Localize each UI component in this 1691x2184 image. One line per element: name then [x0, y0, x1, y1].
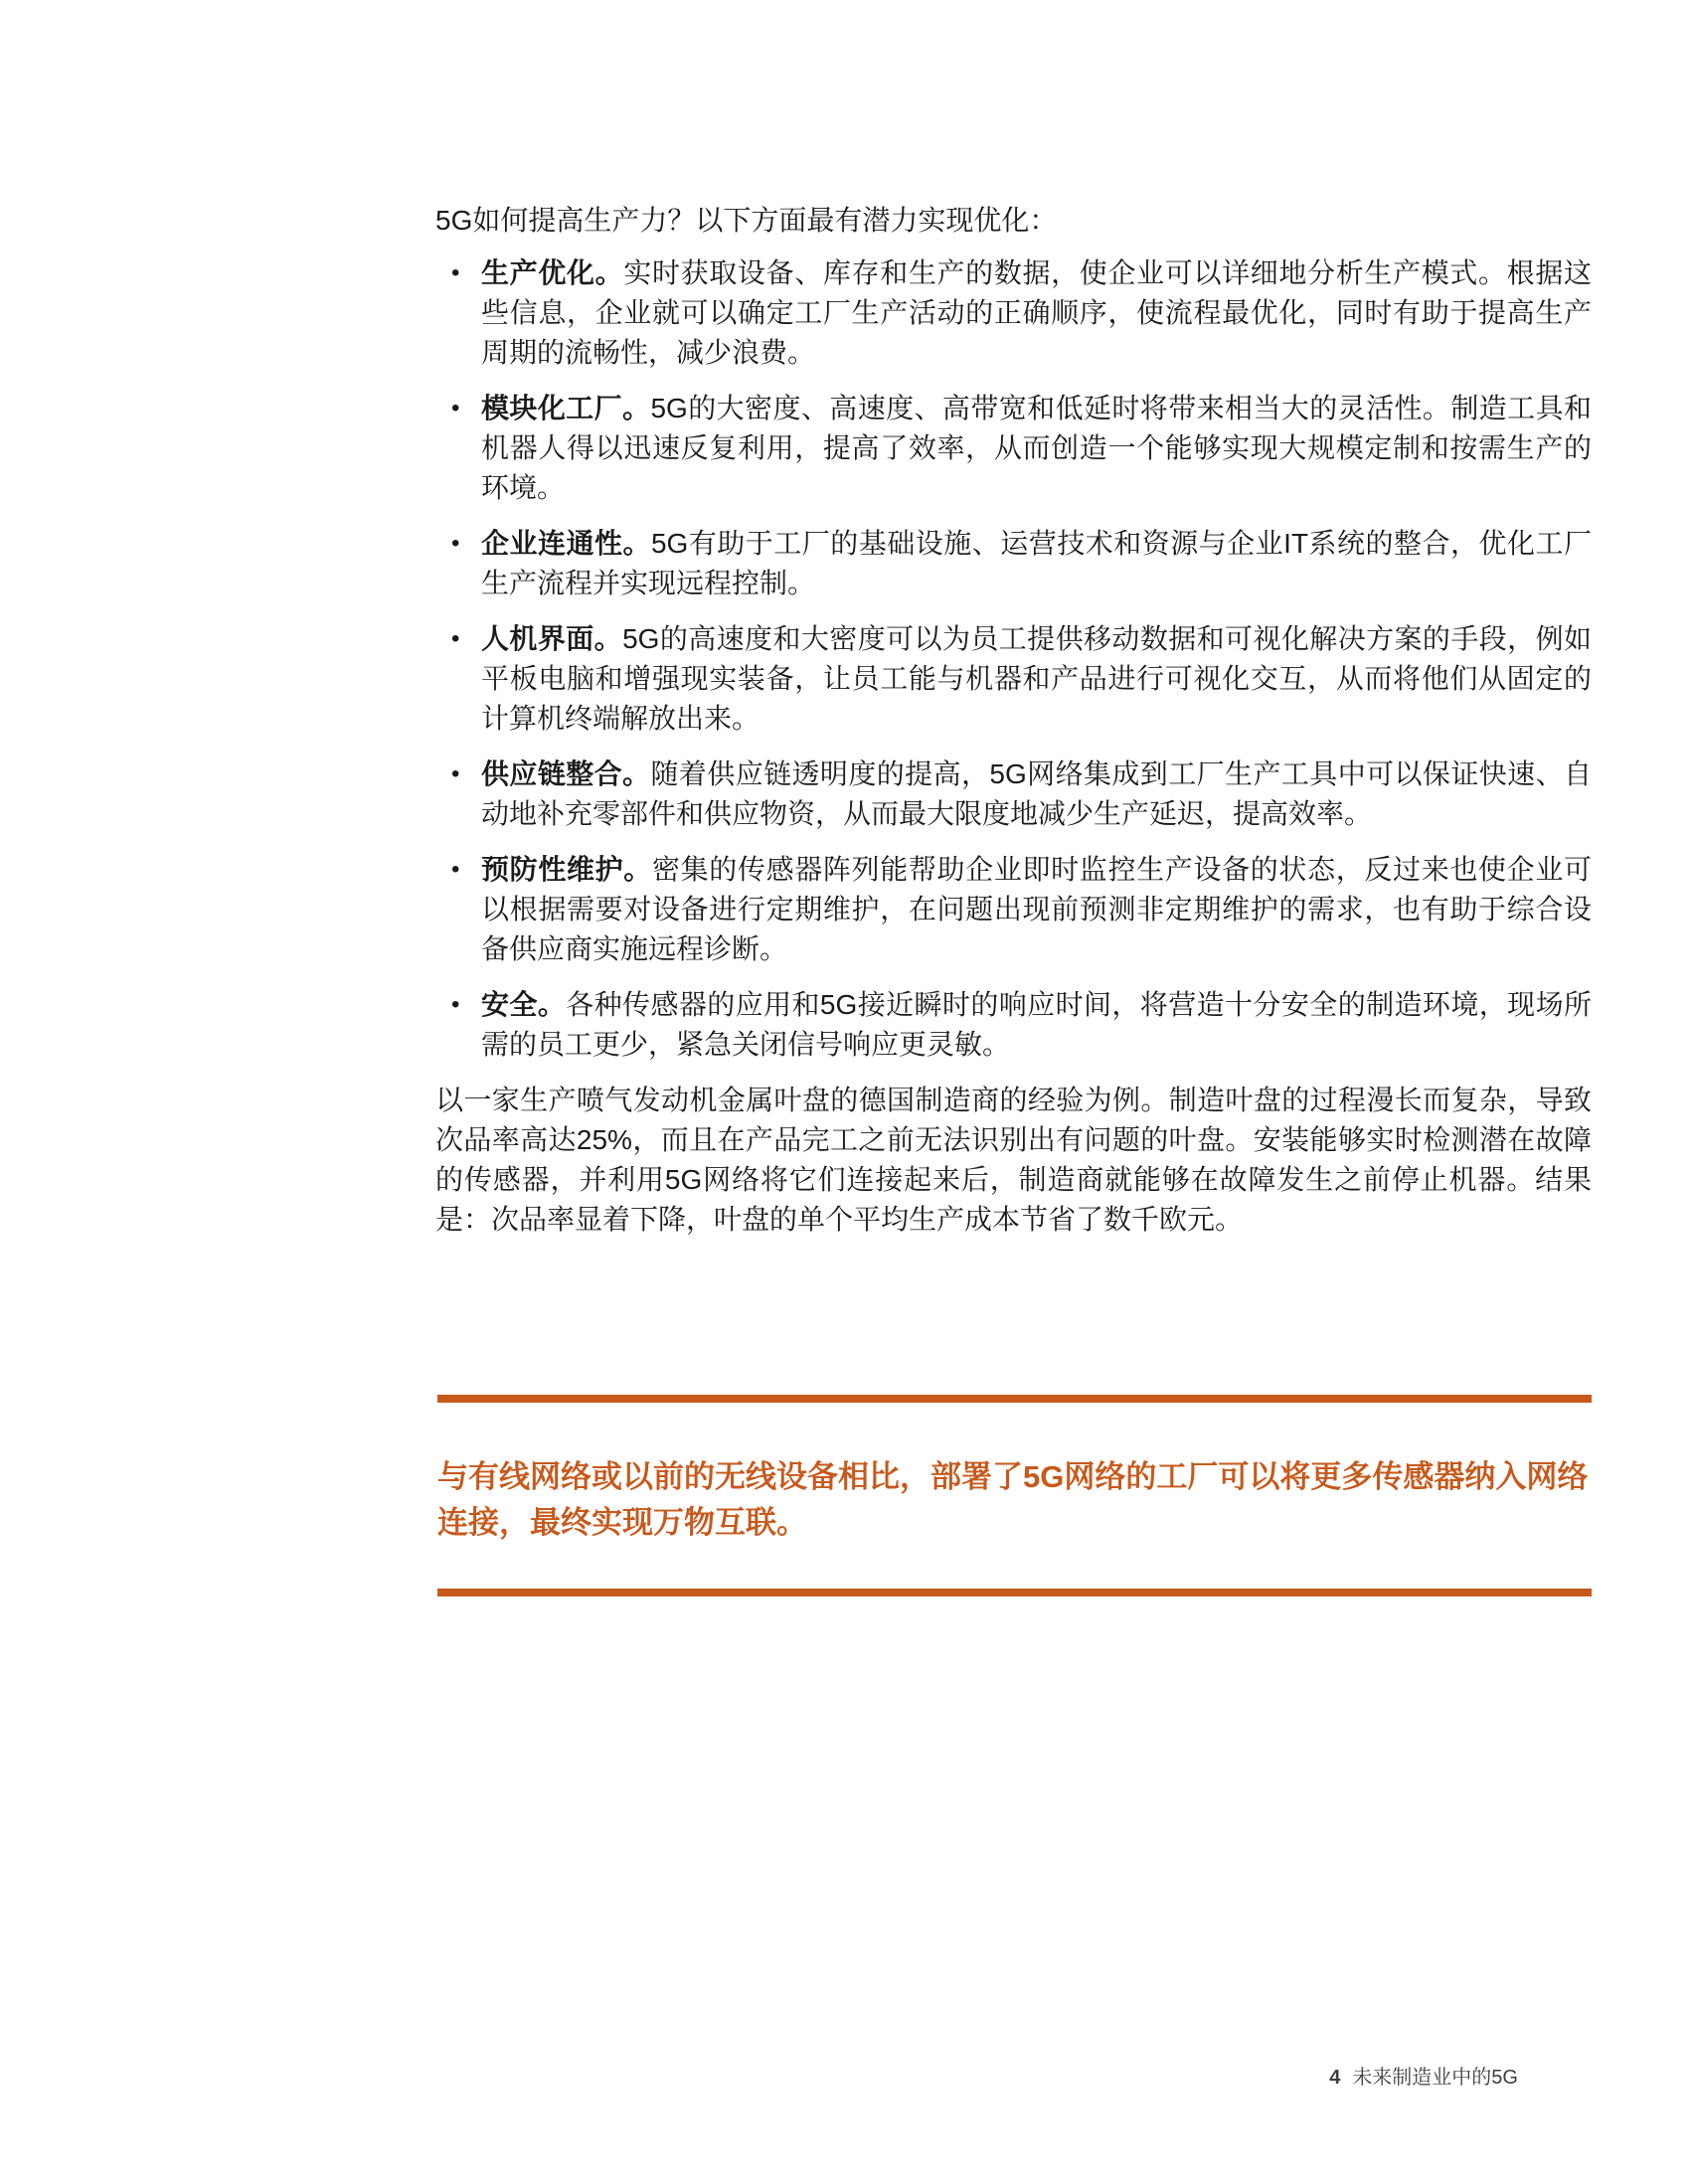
document-page: 5G如何提高生产力？以下方面最有潜力实现优化： • 生产优化。实时获取设备、库存… — [0, 0, 1691, 2184]
bullet-body: 各种传感器的应用和5G接近瞬时的响应时间，将营造十分安全的制造环境，现场所需的员… — [481, 989, 1592, 1060]
body-column: 5G如何提高生产力？以下方面最有潜力实现优化： • 生产优化。实时获取设备、库存… — [435, 201, 1592, 1240]
bullet-title: 企业连通性。 — [481, 528, 651, 559]
pull-quote-callout: 与有线网络或以前的无线设备相比，部署了5G网络的工厂可以将更多传感器纳入网络连接… — [437, 1395, 1592, 1596]
bullet-dot-icon: • — [451, 850, 459, 890]
bullet-body: 5G的高速度和大密度可以为员工提供移动数据和可视化解决方案的手段，例如平板电脑和… — [481, 623, 1592, 734]
bullet-item-human-machine-interface: • 人机界面。5G的高速度和大密度可以为员工提供移动数据和可视化解决方案的手段，… — [435, 619, 1592, 739]
intro-line: 5G如何提高生产力？以下方面最有潜力实现优化： — [435, 201, 1592, 241]
bullet-dot-icon: • — [451, 253, 459, 293]
bullet-title: 人机界面。 — [481, 623, 622, 654]
bullet-item-safety: • 安全。各种传感器的应用和5G接近瞬时的响应时间，将营造十分安全的制造环境，现… — [435, 985, 1592, 1065]
bullet-title: 安全。 — [481, 989, 566, 1020]
bullet-item-production-optimization: • 生产优化。实时获取设备、库存和生产的数据，使企业可以详细地分析生产模式。根据… — [435, 253, 1592, 373]
case-study-paragraph: 以一家生产喷气发动机金属叶盘的德国制造商的经验为例。制造叶盘的过程漫长而复杂，导… — [435, 1081, 1592, 1240]
bullet-dot-icon: • — [451, 985, 459, 1025]
bullet-item-enterprise-connectivity: • 企业连通性。5G有助于工厂的基础设施、运营技术和资源与企业IT系统的整合，优… — [435, 524, 1592, 603]
bullet-dot-icon: • — [451, 619, 459, 659]
bullet-dot-icon: • — [451, 389, 459, 428]
bullet-title: 生产优化。 — [481, 257, 623, 288]
page-footer: 4未来制造业中的5G — [1329, 2066, 1518, 2090]
pull-quote-text: 与有线网络或以前的无线设备相比，部署了5G网络的工厂可以将更多传感器纳入网络连接… — [437, 1403, 1592, 1546]
bullet-item-preventive-maintenance: • 预防性维护。密集的传感器阵列能帮助企业即时监控生产设备的状态，反过来也使企业… — [435, 850, 1592, 969]
bullet-body: 实时获取设备、库存和生产的数据，使企业可以详细地分析生产模式。根据这些信息，企业… — [481, 257, 1592, 368]
footer-doc-title: 未来制造业中的5G — [1352, 2067, 1518, 2089]
bullet-dot-icon: • — [451, 755, 459, 794]
bullet-item-supply-chain-integration: • 供应链整合。随着供应链透明度的提高，5G网络集成到工厂生产工具中可以保证快速… — [435, 755, 1592, 834]
bullet-dot-icon: • — [451, 524, 459, 564]
bullet-title: 供应链整合。 — [481, 758, 650, 789]
bullet-title: 预防性维护。 — [481, 854, 652, 885]
bullet-title: 模块化工厂。 — [481, 393, 650, 423]
bullet-item-modular-factory: • 模块化工厂。5G的大密度、高速度、高带宽和低延时将带来相当大的灵活性。制造工… — [435, 389, 1592, 508]
page-number: 4 — [1329, 2067, 1340, 2089]
